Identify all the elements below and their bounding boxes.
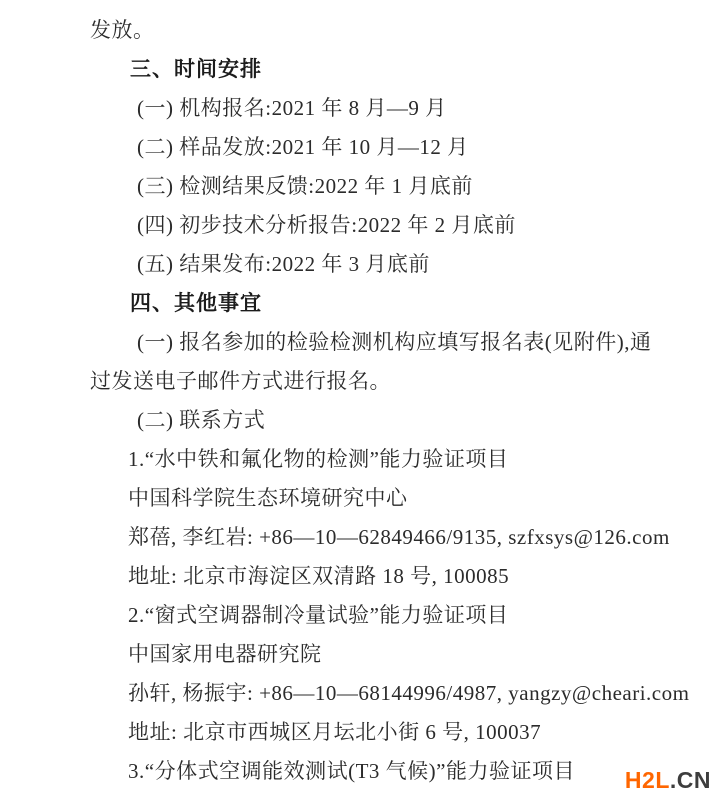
document-line: 2.“窗式空调器制冷量试验”能力验证项目 <box>90 596 710 635</box>
document-line: 中国家用电器研究院 <box>90 635 710 674</box>
document-line: 过发送电子邮件方式进行报名。 <box>90 362 710 401</box>
document-line: 1.“水中铁和氟化物的检测”能力验证项目 <box>90 440 710 479</box>
document-line: 发放。 <box>90 11 710 50</box>
document-line: 中国科学院生态环境研究中心 <box>90 479 710 518</box>
document-line: 3.“分体式空调能效测试(T3 气候)”能力验证项目 <box>90 752 710 791</box>
document-line: (二) 联系方式 <box>90 401 710 440</box>
document-line: (二) 样品发放:2021 年 10 月—12 月 <box>90 128 710 167</box>
document-line: (一) 机构报名:2021 年 8 月—9 月 <box>90 89 710 128</box>
document-line: 地址: 北京市西城区月坛北小街 6 号, 100037 <box>90 713 710 752</box>
watermark-suffix-text: .CN <box>670 767 711 793</box>
watermark-brand-text: H2L <box>625 767 670 793</box>
document-body: 发放。三、时间安排(一) 机构报名:2021 年 8 月—9 月(二) 样品发放… <box>0 0 720 791</box>
document-line: 郑蓓, 李红岩: +86—10—62849466/9135, szfxsys@1… <box>90 518 710 557</box>
document-line: 四、其他事宜 <box>90 284 710 323</box>
document-line: (四) 初步技术分析报告:2022 年 2 月底前 <box>90 206 710 245</box>
document-line: (一) 报名参加的检验检测机构应填写报名表(见附件),通 <box>90 323 710 362</box>
document-line: (五) 结果发布:2022 年 3 月底前 <box>90 245 710 284</box>
site-watermark: H2L.CN <box>625 769 711 792</box>
document-line: 地址: 北京市海淀区双清路 18 号, 100085 <box>90 557 710 596</box>
document-line: (三) 检测结果反馈:2022 年 1 月底前 <box>90 167 710 206</box>
document-line: 三、时间安排 <box>90 50 710 89</box>
document-page: 发放。三、时间安排(一) 机构报名:2021 年 8 月—9 月(二) 样品发放… <box>0 0 720 804</box>
document-line: 孙轩, 杨振宇: +86—10—68144996/4987, yangzy@ch… <box>90 674 710 713</box>
